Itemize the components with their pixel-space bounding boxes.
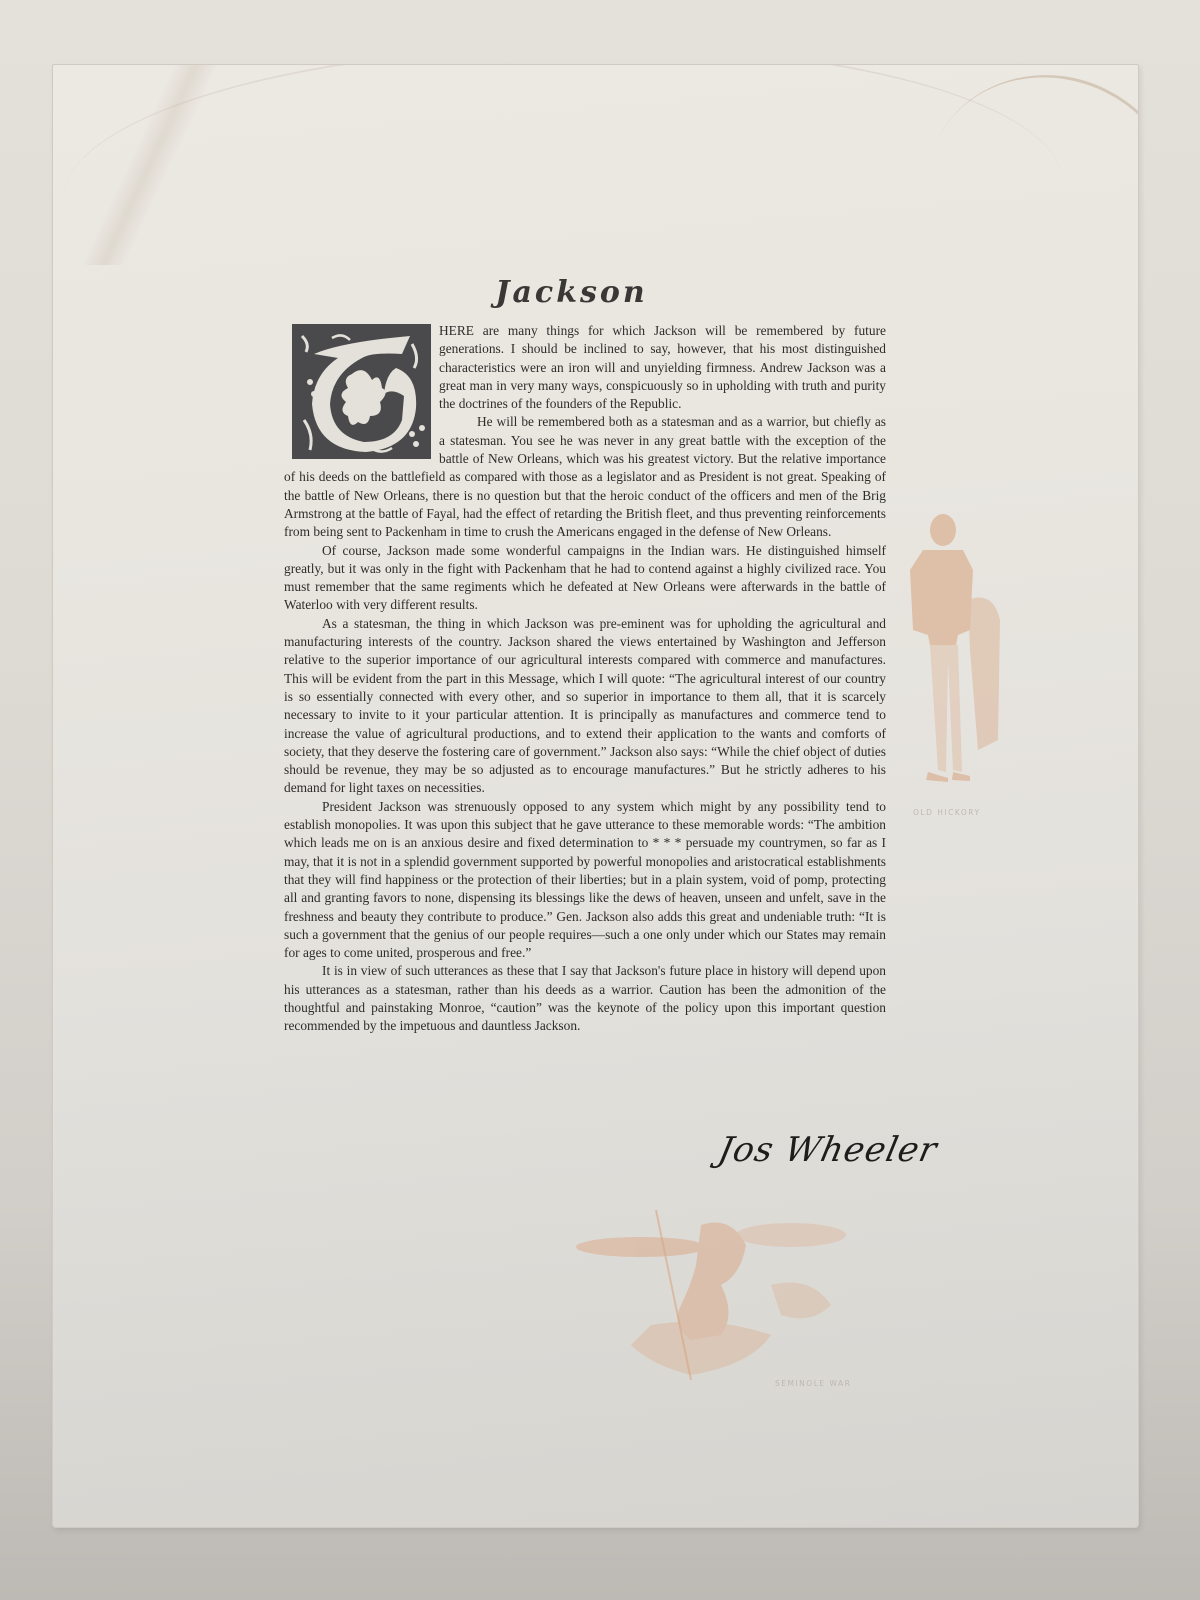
water-stain [881,64,1139,367]
document-page: Jackson HERE are many things for which J… [52,64,1139,1528]
drop-cap-illuminated-t [292,324,431,459]
paragraph: It is in view of such utterances as thes… [284,962,886,1035]
paragraph: President Jackson was strenuously oppose… [284,798,886,963]
article-body: HERE are many things for which Jackson w… [284,322,886,1036]
seminole-war-illustration [571,1205,891,1385]
ornament-icon [292,324,431,459]
paragraph: Of course, Jackson made some wonderful c… [284,542,886,615]
paper-fold [65,65,245,265]
old-hickory-portrait-illustration [898,510,1008,790]
paragraph: HERE are many things for which Jackson w… [284,322,886,413]
paragraph: As a statesman, the thing in which Jacks… [284,615,886,798]
signature: Jos Wheeler [715,1130,941,1170]
portrait-caption: OLD HICKORY [913,808,981,817]
scene-caption: SEMINOLE WAR [775,1379,851,1388]
page-title: Jackson [52,275,1114,310]
